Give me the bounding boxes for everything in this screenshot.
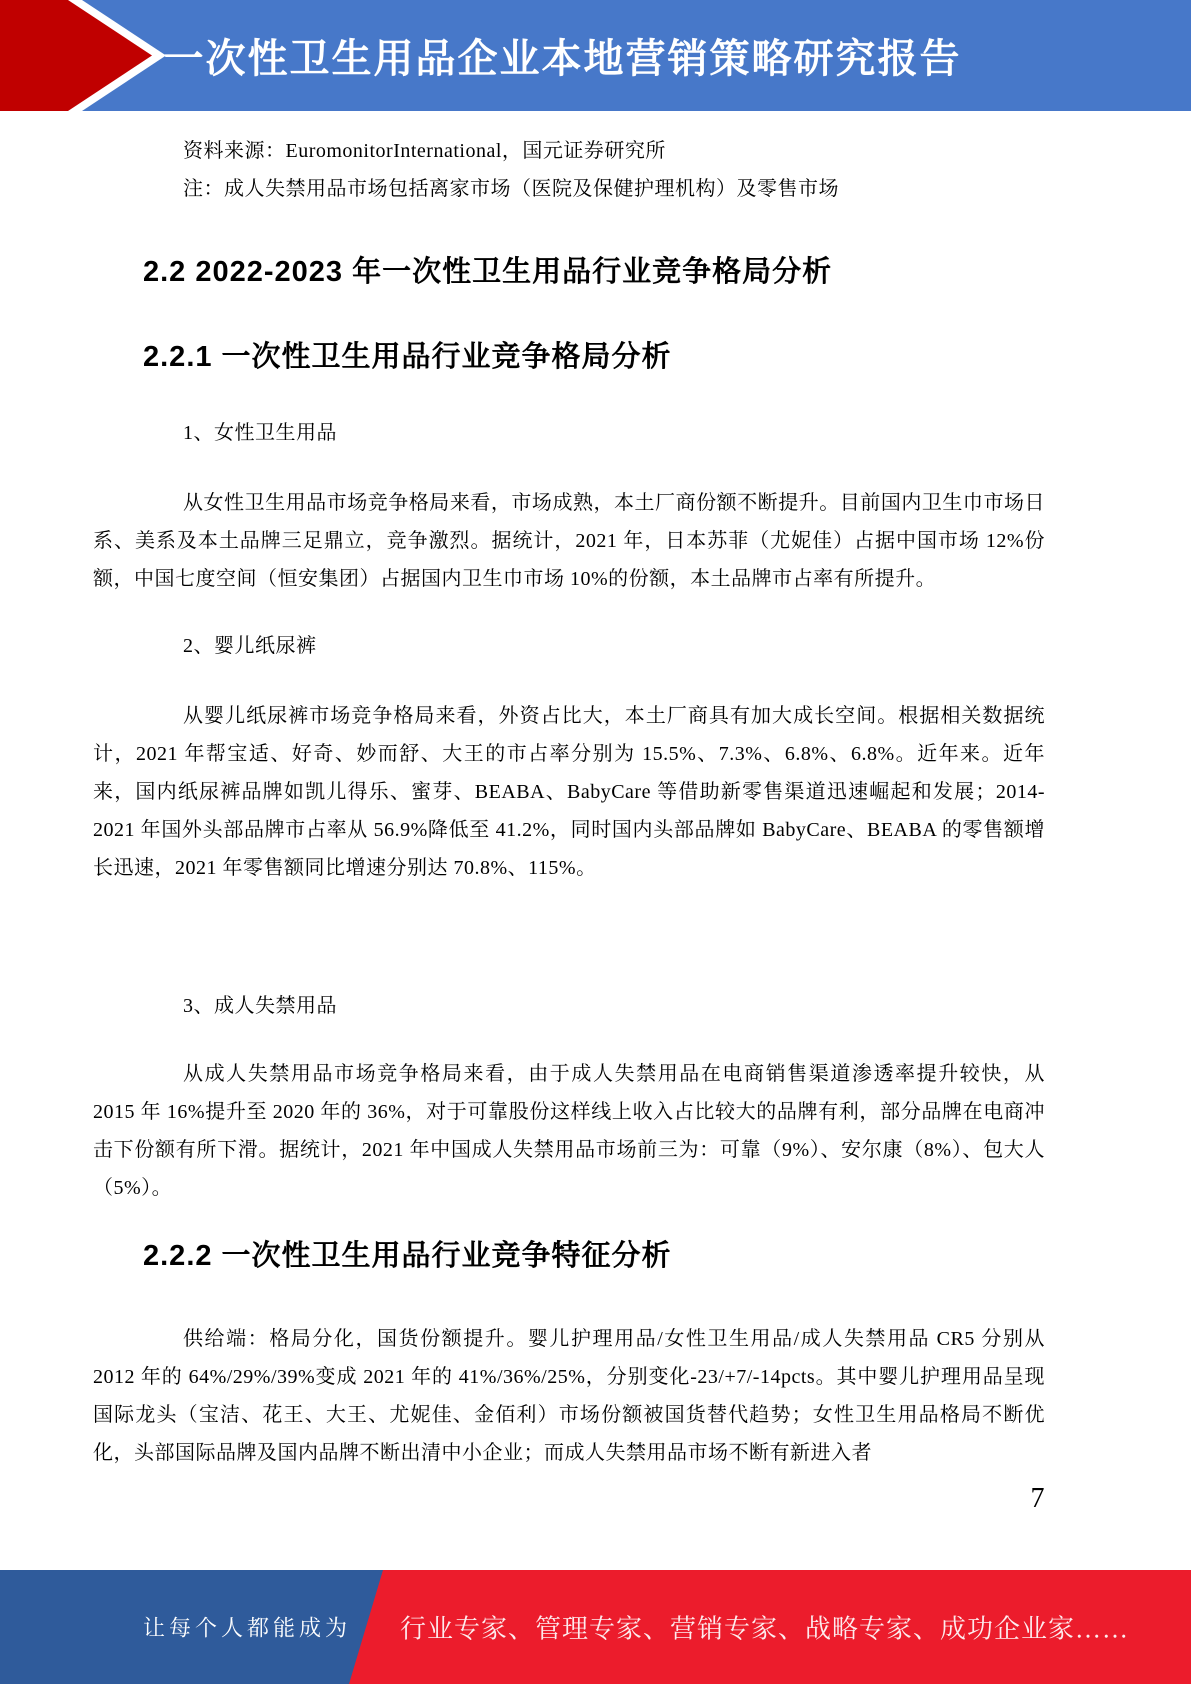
list-item-female-products: 1、女性卫生用品 xyxy=(183,414,1045,452)
list-item-adult-incontinence: 3、成人失禁用品 xyxy=(183,987,1045,1025)
section-heading-2-2: 2.2 2022-2023 年一次性卫生用品行业竞争格局分析 xyxy=(143,254,1045,290)
report-header: 一次性卫生用品企业本地营销策略研究报告 xyxy=(0,0,1191,111)
note-line: 注：成人失禁用品市场包括离家市场（医院及保健护理机构）及零售市场 xyxy=(183,170,1045,208)
page-number: 7 xyxy=(93,1484,1045,1514)
footer-slogan-left: 让每个人都能成为 xyxy=(143,1612,351,1643)
section-heading-2-2-1: 2.2.1 一次性卫生用品行业竞争格局分析 xyxy=(143,339,1045,375)
page-body: 资料来源：EuromonitorInternational，国元证券研究所 注：… xyxy=(93,111,1045,1514)
source-note-block: 资料来源：EuromonitorInternational，国元证券研究所 注：… xyxy=(183,132,1045,208)
section-heading-2-2-2: 2.2.2 一次性卫生用品行业竞争特征分析 xyxy=(143,1238,1045,1274)
source-line: 资料来源：EuromonitorInternational，国元证券研究所 xyxy=(183,132,1045,170)
footer-slogan-right: 行业专家、管理专家、营销专家、战略专家、成功企业家…… xyxy=(400,1609,1129,1646)
paragraph-female-products: 从女性卫生用品市场竞争格局来看，市场成熟，本土厂商份额不断提升。目前国内卫生巾市… xyxy=(93,484,1045,598)
document-page: 一次性卫生用品企业本地营销策略研究报告 资料来源：EuromonitorInte… xyxy=(0,0,1191,1684)
report-title: 一次性卫生用品企业本地营销策略研究报告 xyxy=(0,0,1125,111)
paragraph-baby-diapers: 从婴儿纸尿裤市场竞争格局来看，外资占比大，本土厂商具有加大成长空间。根据相关数据… xyxy=(93,697,1045,887)
list-item-baby-diapers: 2、婴儿纸尿裤 xyxy=(183,627,1045,665)
paragraph-adult-incontinence: 从成人失禁用品市场竞争格局来看，由于成人失禁用品在电商销售渠道渗透率提升较快，从… xyxy=(93,1055,1045,1207)
page-footer: 让每个人都能成为 行业专家、管理专家、营销专家、战略专家、成功企业家…… xyxy=(0,1570,1191,1684)
paragraph-supply-side: 供给端：格局分化，国货份额提升。婴儿护理用品/女性卫生用品/成人失禁用品 CR5… xyxy=(93,1320,1045,1472)
